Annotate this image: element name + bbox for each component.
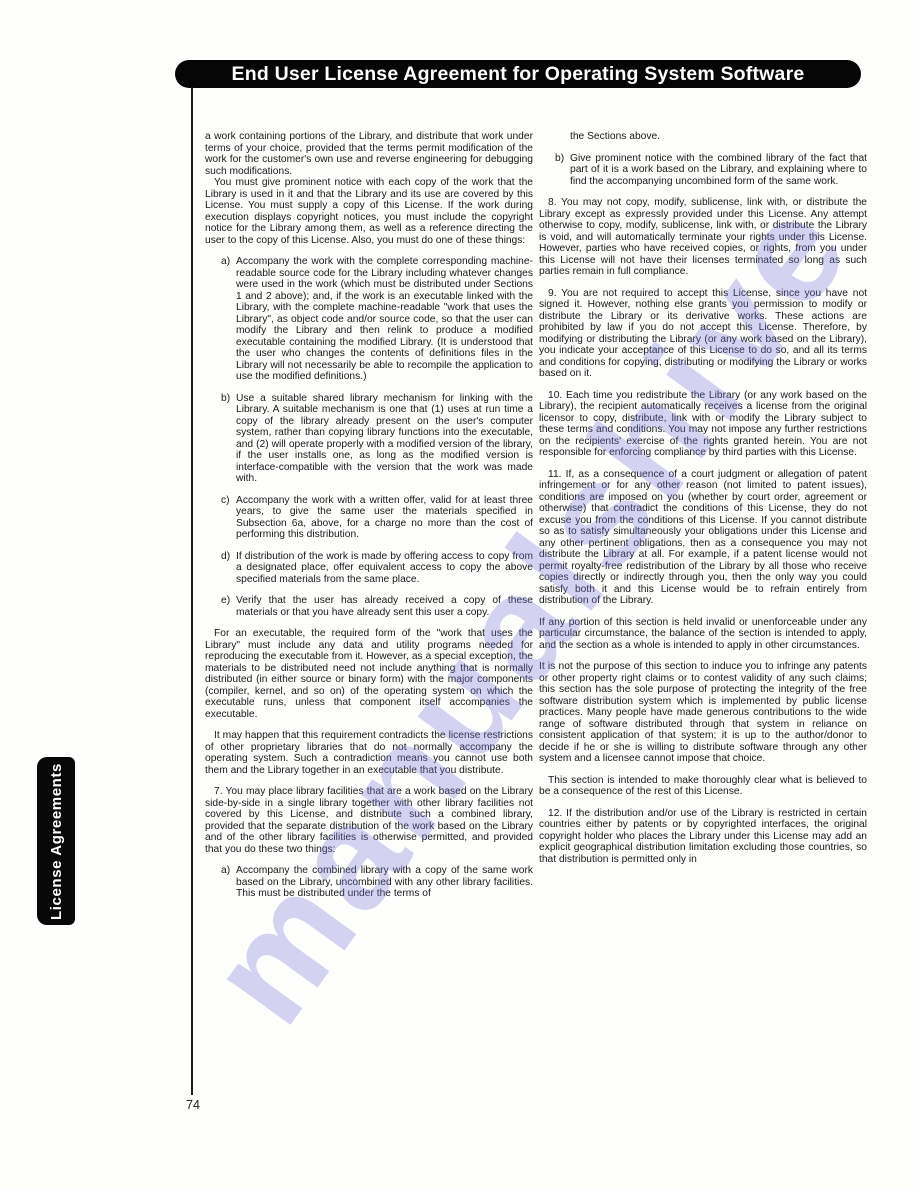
list-item-text: Use a suitable shared library mechanism …	[236, 393, 533, 485]
page-title-banner: End User License Agreement for Operating…	[175, 60, 861, 88]
paragraph: It is not the purpose of this section to…	[539, 661, 867, 765]
list-item-text: Give prominent notice with the combined …	[570, 153, 867, 187]
paragraph: 11. If, as a consequence of a court judg…	[539, 469, 867, 607]
list-item: a)Accompany the work with the complete c…	[205, 256, 533, 383]
page-title: End User License Agreement for Operating…	[232, 63, 805, 86]
list-item: e)Verify that the user has already recei…	[205, 595, 533, 618]
paragraph: 12. If the distribution and/or use of th…	[539, 808, 867, 866]
list-item: c)Accompany the work with a written offe…	[205, 495, 533, 541]
section-tab-label: License Agreements	[48, 763, 65, 920]
list-item-label: b)	[221, 393, 230, 405]
list-item: b)Give prominent notice with the combine…	[539, 153, 867, 188]
list-item-text: Verify that the user has already receive…	[236, 595, 533, 618]
list-item: d)If distribution of the work is made by…	[205, 551, 533, 586]
paragraph: This section is intended to make thoroug…	[539, 775, 867, 798]
list-item-label: e)	[221, 595, 230, 607]
list-item: b)Use a suitable shared library mechanis…	[205, 393, 533, 485]
license-text-column-right: the Sections above.b)Give prominent noti…	[539, 131, 867, 875]
paragraph: 8. You may not copy, modify, sublicense,…	[539, 197, 867, 278]
paragraph: You must give prominent notice with each…	[205, 177, 533, 246]
list-item-label: c)	[221, 495, 230, 507]
list-item-label: a)	[221, 256, 230, 268]
license-text-column-left: a work containing portions of the Librar…	[205, 131, 533, 910]
list-item-continuation: the Sections above.	[539, 131, 867, 143]
page-number: 74	[179, 1098, 207, 1112]
left-margin-rule	[191, 87, 193, 1095]
paragraph: 7. You may place library facilities that…	[205, 786, 533, 855]
paragraph: If any portion of this section is held i…	[539, 617, 867, 652]
list-item-text: If distribution of the work is made by o…	[236, 551, 533, 585]
list-item-label: a)	[221, 865, 230, 877]
paragraph: 10. Each time you redistribute the Libra…	[539, 390, 867, 459]
paragraph: 9. You are not required to accept this L…	[539, 288, 867, 380]
paragraph: For an executable, the required form of …	[205, 628, 533, 720]
list-item-text: Accompany the work with the complete cor…	[236, 256, 533, 382]
list-item: a)Accompany the combined library with a …	[205, 865, 533, 900]
paragraph: It may happen that this requirement cont…	[205, 730, 533, 776]
manual-page: End User License Agreement for Operating…	[0, 0, 918, 1188]
list-item-text: Accompany the combined library with a co…	[236, 865, 533, 899]
paragraph: a work containing portions of the Librar…	[205, 131, 533, 177]
list-item-label: b)	[555, 153, 564, 165]
list-item-label: d)	[221, 551, 230, 563]
section-tab-license-agreements: License Agreements	[37, 757, 75, 925]
list-item-text: Accompany the work with a written offer,…	[236, 495, 533, 541]
